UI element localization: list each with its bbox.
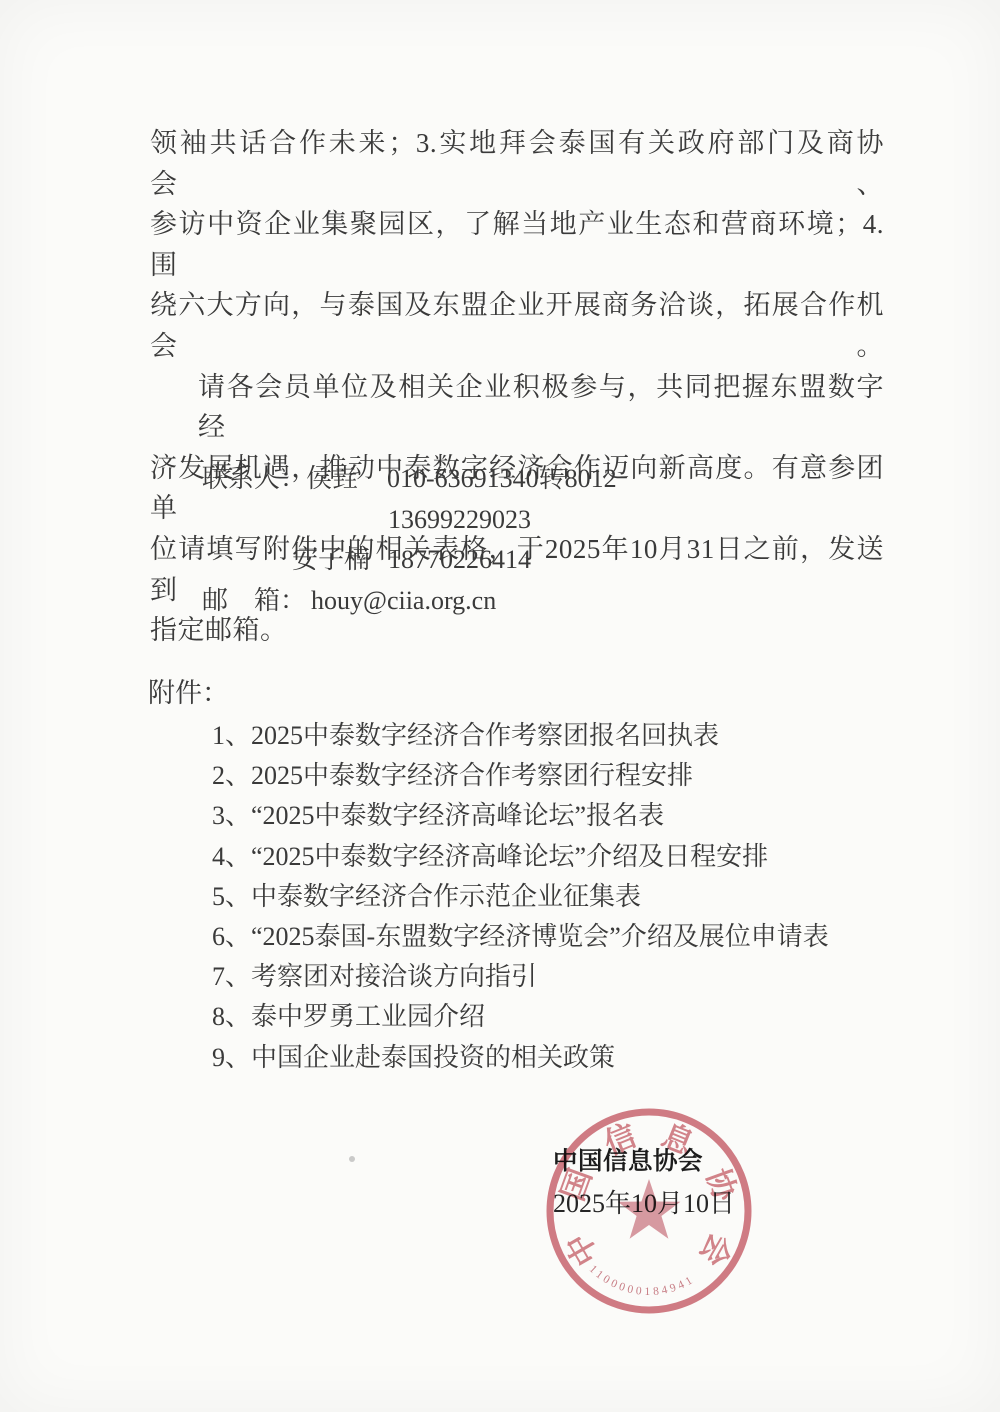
official-seal: 中 国 信 息 协 会 1100000184941 <box>539 1101 759 1321</box>
seal-serial-number: 1100000184941 <box>587 1263 697 1298</box>
attachment-item-5: 5、中泰数字经济合作示范企业征集表 <box>212 877 829 917</box>
svg-text:1100000184941: 1100000184941 <box>587 1263 697 1298</box>
contact-person1-name: 侯垚 <box>306 464 358 494</box>
attachment-item-9: 9、中国企业赴泰国投资的相关政策 <box>212 1038 829 1078</box>
contact-person-label: 联系人： <box>202 464 306 494</box>
attachment-item-1: 1、2025中泰数字经济合作考察团报名回执表 <box>212 716 829 756</box>
attachment-item-8: 8、泰中罗勇工业园介绍 <box>212 997 829 1037</box>
body-line-3: 绕六大方向，与泰国及东盟企业开展商务洽谈，拓展合作机会。 <box>150 285 884 366</box>
attachments-list: 1、2025中泰数字经济合作考察团报名回执表 2、2025中泰数字经济合作考察团… <box>212 716 829 1078</box>
body-line-1: 领袖共话合作未来；3.实地拜会泰国有关政府部门及商协会、 <box>150 123 884 204</box>
seal-star-icon <box>618 1179 681 1239</box>
contact-person1-phone: 010-63691340转8012 <box>387 464 617 494</box>
attachment-item-6: 6、“2025泰国-东盟数字经济博览会”介绍及展位申请表 <box>212 917 829 957</box>
attachment-item-3: 3、“2025中泰数字经济高峰论坛”报名表 <box>212 796 829 836</box>
attachment-item-4: 4、“2025中泰数字经济高峰论坛”介绍及日程安排 <box>212 837 829 877</box>
attachment-item-2: 2、2025中泰数字经济合作考察团行程安排 <box>212 756 829 796</box>
scan-speck <box>349 1156 355 1162</box>
body-line-2: 参访中资企业集聚园区，了解当地产业生态和营商环境；4.围 <box>150 204 884 285</box>
body-line-4: 请各会员单位及相关企业积极参与，共同把握东盟数字经 <box>150 367 884 448</box>
contact-email-label: 邮 箱： <box>202 586 306 616</box>
contact-person2-name: 安子楠 <box>292 545 370 575</box>
attachment-item-7: 7、考察团对接洽谈方向指引 <box>212 957 829 997</box>
contact-email-value: houy@ciia.org.cn <box>311 586 496 616</box>
attachments-header: 附件： <box>148 678 229 708</box>
contact-person1-phone2: 13699229023 <box>388 505 531 535</box>
body-line-7: 指定邮箱。 <box>150 610 884 651</box>
contact-person2-phone: 18770226414 <box>388 545 531 575</box>
letter-page: 领袖共话合作未来；3.实地拜会泰国有关政府部门及商协会、 参访中资企业集聚园区，… <box>0 0 1000 1412</box>
